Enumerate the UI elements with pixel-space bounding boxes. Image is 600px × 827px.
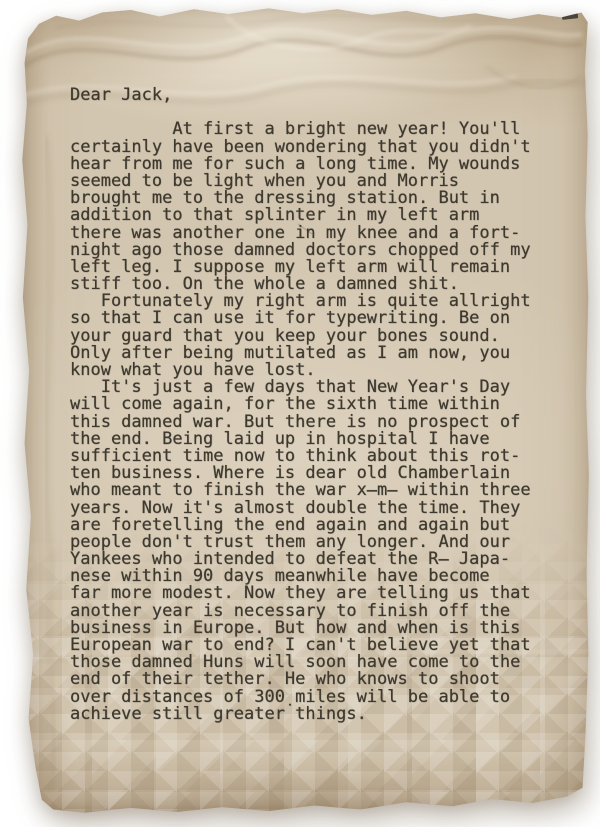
page-background: Dear Jack, At first a bright new year! Y…: [0, 0, 600, 827]
letter-line: who meant to finish the war x̶m̶ within …: [70, 482, 550, 499]
paper-surface: Dear Jack, At first a bright new year! Y…: [16, 6, 590, 816]
letter-body: Dear Jack, At first a bright new year! Y…: [70, 87, 550, 723]
letter-line: will come again, for the sixth time with…: [70, 396, 550, 413]
letter-line: addition to that splinter in my left arm: [70, 207, 550, 224]
letter-line: end of their tether. He who knows to sho…: [70, 671, 550, 688]
letter-line: achieve still greater things.: [70, 706, 550, 723]
paper-sheet: Dear Jack, At first a bright new year! Y…: [16, 6, 590, 816]
letter-line: At first a bright new year! You'll: [70, 121, 550, 138]
letter-line: Dear Jack,: [70, 87, 550, 104]
